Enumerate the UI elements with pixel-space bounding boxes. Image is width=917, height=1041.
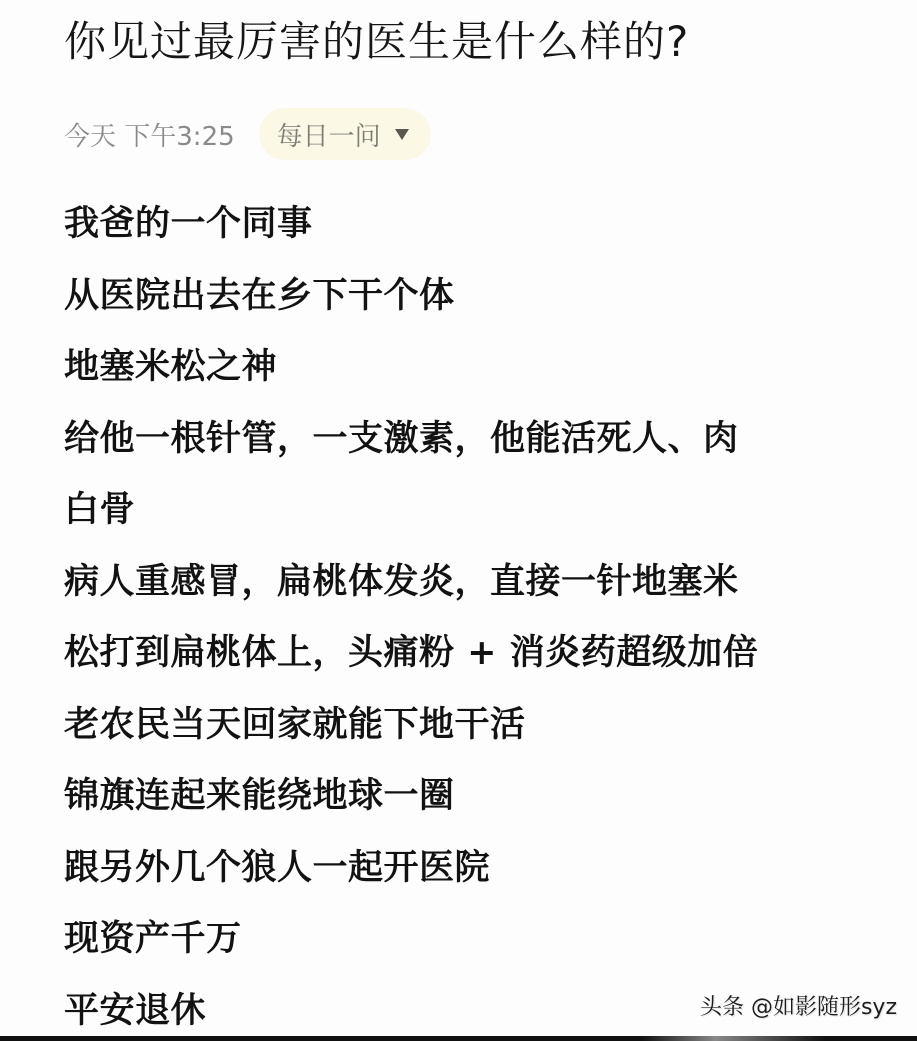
bottom-edge-bar — [0, 1036, 917, 1041]
body-line: 白骨 — [64, 475, 877, 547]
body-line: 病人重感冒，扁桃体发炎，直接一针地塞米 — [64, 547, 877, 619]
body-line: 现资产千万 — [64, 904, 877, 976]
body-line: 从医院出去在乡下干个体 — [64, 261, 877, 333]
post-page: 你见过最厉害的医生是什么样的? 今天 下午3:25 每日一问 我爸的一个同事 从… — [0, 0, 917, 1036]
body-line: 我爸的一个同事 — [64, 189, 877, 261]
body-line: 锦旗连起来能绕地球一圈 — [64, 761, 877, 833]
body-line: 老农民当天回家就能下地干活 — [64, 690, 877, 762]
body-line: 地塞米松之神 — [64, 332, 877, 404]
topic-label: 每日一问 — [277, 116, 381, 153]
dropdown-triangle-icon — [395, 129, 409, 140]
topic-dropdown-button[interactable]: 每日一问 — [259, 108, 431, 160]
post-title: 你见过最厉害的医生是什么样的? — [64, 14, 689, 70]
body-line: 给他一根针管，一支激素，他能活死人、肉 — [64, 404, 877, 476]
post-timestamp: 今天 下午3:25 — [64, 116, 235, 153]
watermark: 头条 @如影随形syz — [700, 990, 897, 1021]
post-meta: 今天 下午3:25 每日一问 — [64, 108, 431, 160]
post-body: 我爸的一个同事 从医院出去在乡下干个体 地塞米松之神 给他一根针管，一支激素，他… — [64, 189, 877, 1041]
body-line: 跟另外几个狼人一起开医院 — [64, 833, 877, 905]
body-line: 松打到扁桃体上，头痛粉 + 消炎药超级加倍 — [64, 618, 877, 690]
